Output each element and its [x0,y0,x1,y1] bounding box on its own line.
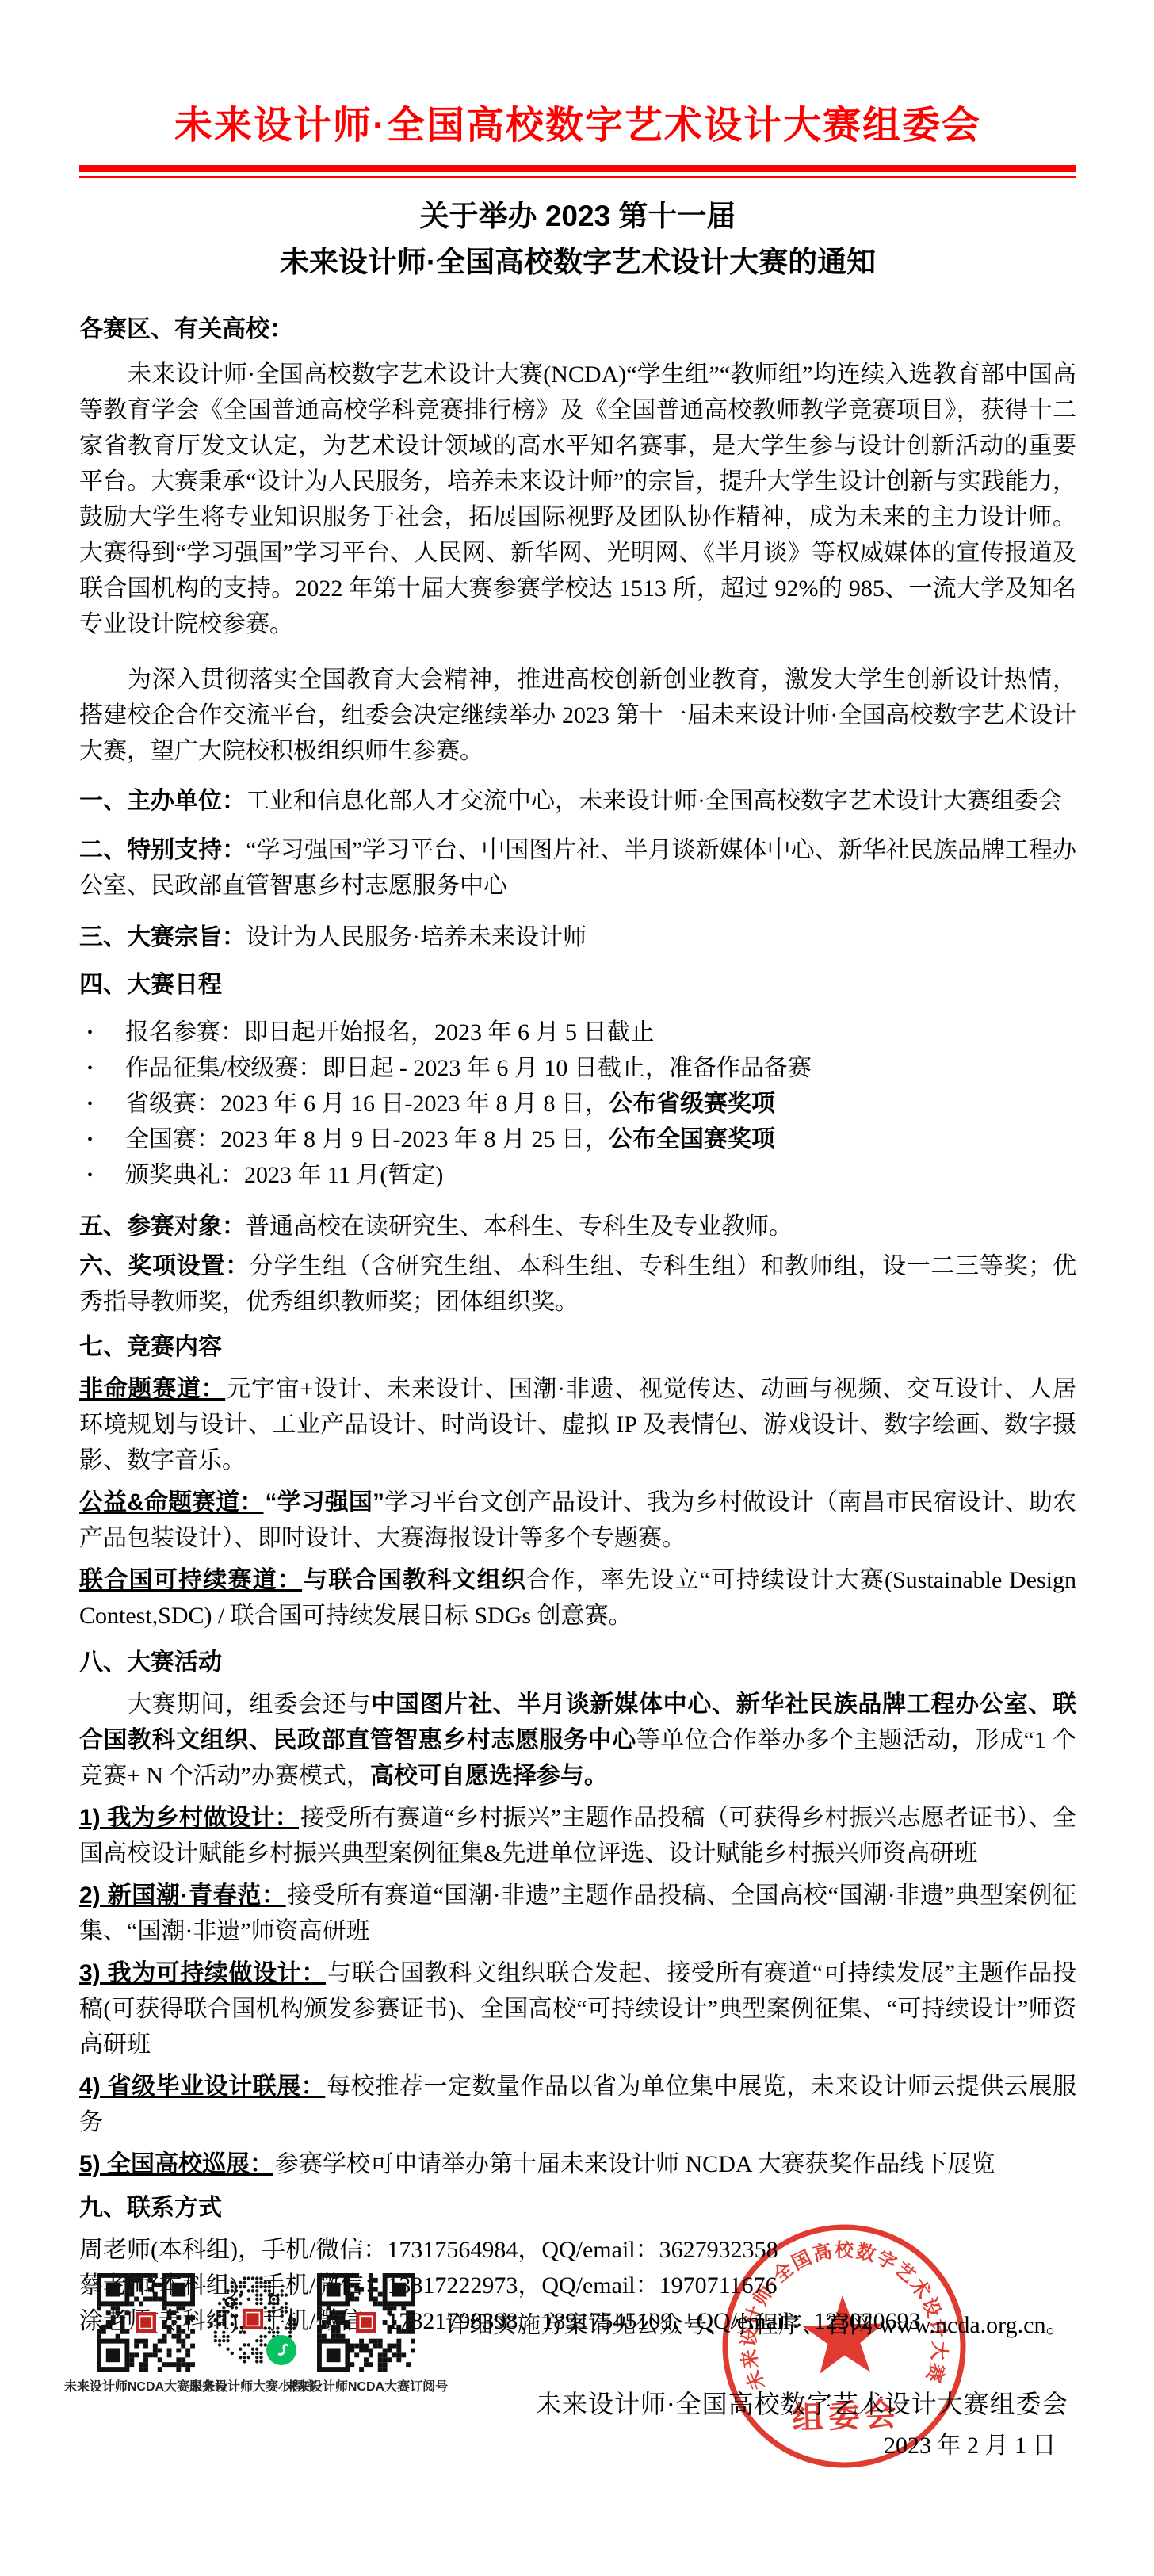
section-host: 一、主办单位：工业和信息化部人才交流中心，未来设计师·全国高校数字艺术设计大赛组… [79,783,1076,819]
list-item: 全国赛：2023 年 8 月 9 日-2023 年 8 月 25 日，公布全国赛… [79,1122,1076,1157]
qr-caption-subscribe: 未来设计师NCDA大赛订阅号 [271,2376,461,2394]
signature-line: 未来设计师·全国高校数字艺术设计大赛组委会 [536,2384,1068,2421]
list-item: 省级赛：2023 年 6 月 16 日-2023 年 8 月 8 日，公布省级赛… [79,1086,1076,1122]
section-host-text: 工业和信息化部人才交流中心，未来设计师·全国高校数字艺术设计大赛组委会 [246,788,1062,814]
intro-paragraph-2: 为深入贯彻落实全国教育大会精神，推进高校创新创业教育，激发大学生创新设计热情，搭… [79,662,1076,769]
activity-item-4: 4) 省级毕业设计联展：每校推荐一定数量作品以省为单位集中展览，未来设计师云提供… [79,2069,1076,2140]
header-divider [79,165,1076,178]
intro-paragraph-1: 未来设计师·全国高校数字艺术设计大赛(NCDA)“学生组”“教师组”均连续入选教… [79,357,1076,642]
section-schedule-heading: 四、大赛日程 [79,967,1076,1003]
schedule-list: 报名参赛：即日起开始报名，2023 年 6 月 5 日截止 作品征集/校级赛：即… [79,1015,1076,1193]
activity-item-5: 5) 全国高校巡展：参赛学校可申请举办第十届未来设计师 NCDA 大赛获奖作品线… [79,2146,1076,2182]
section-activities-heading: 八、大赛活动 [79,1645,1076,1680]
section-purpose: 三、大赛宗旨：设计为人民服务·培养未来设计师 [79,919,1076,955]
page-title: 未来设计师·全国高校数字艺术设计大赛组委会 [79,103,1076,149]
star-icon [801,2294,885,2374]
section-purpose-label: 三、大赛宗旨： [79,924,246,950]
section-content-heading: 七、竞赛内容 [79,1329,1076,1365]
notice-title-line1: 关于举办 2023 第十一届 [79,197,1076,235]
section-participants: 五、参赛对象：普通高校在读研究生、本科生、专科生及专业教师。 [79,1209,1076,1244]
track-public-welfare: 公益&命题赛道：“学习强国”学习平台文创产品设计、我为乡村做设计（南昌市民宿设计… [79,1485,1076,1556]
list-item: 作品征集/校级赛：即日起 - 2023 年 6 月 10 日截止，准备作品备赛 [79,1050,1076,1086]
date-line: 2023 年 2 月 1 日 [884,2425,1057,2460]
activity-item-2: 2) 新国潮·青春范：接受所有赛道“国潮·非遗”主题作品投稿、全国高校“国潮·非… [79,1878,1076,1949]
activity-item-3: 3) 我为可持续做设计：与联合国教科文组织联合发起、接受所有赛道“可持续发展”主… [79,1955,1076,2062]
activities-intro: 大赛期间，组委会还与中国图片社、半月谈新媒体中心、新华社民族品牌工程办公室、联合… [79,1687,1076,1794]
track-un-sustainable: 联合国可持续赛道：与联合国教科文组织合作，率先设立“可持续设计大赛(Sustai… [79,1562,1076,1634]
section-awards: 六、奖项设置：分学生组（含研究生组、本科生组、专科生组）和教师组，设一二三等奖；… [79,1248,1076,1320]
section-support: 二、特别支持：“学习强国”学习平台、中国图片社、半月谈新媒体中心、新华社民族品牌… [79,832,1076,904]
divider-thin-line [79,176,1076,178]
list-item: 报名参赛：即日起开始报名，2023 年 6 月 5 日截止 [79,1015,1076,1050]
wechat-miniprogram-icon [266,2335,296,2365]
notice-title-line2: 未来设计师·全国高校数字艺术设计大赛的通知 [79,243,1076,281]
section-purpose-text: 设计为人民服务·培养未来设计师 [246,924,587,950]
activity-item-1: 1) 我为乡村做设计：接受所有赛道“乡村振兴”主题作品投稿（可获得乡村振兴志愿者… [79,1800,1076,1871]
section-support-label: 二、特别支持： [79,837,246,863]
notice-document: 未来设计师·全国高校数字艺术设计大赛组委会 关于举办 2023 第十一届 未来设… [0,0,1154,2576]
qr-code-service-account [97,2273,195,2372]
salutation: 各赛区、有关高校： [79,313,1076,346]
section-host-label: 一、主办单位： [79,788,246,814]
qr-code-subscribe-account [317,2273,415,2372]
list-item: 颁奖典礼：2023 年 11 月(暂定) [79,1157,1076,1193]
divider-thick-line [79,165,1076,172]
track-open: 非命题赛道：元宇宙+设计、未来设计、国潮·非遗、视觉传达、动画与视频、交互设计、… [79,1371,1076,1478]
